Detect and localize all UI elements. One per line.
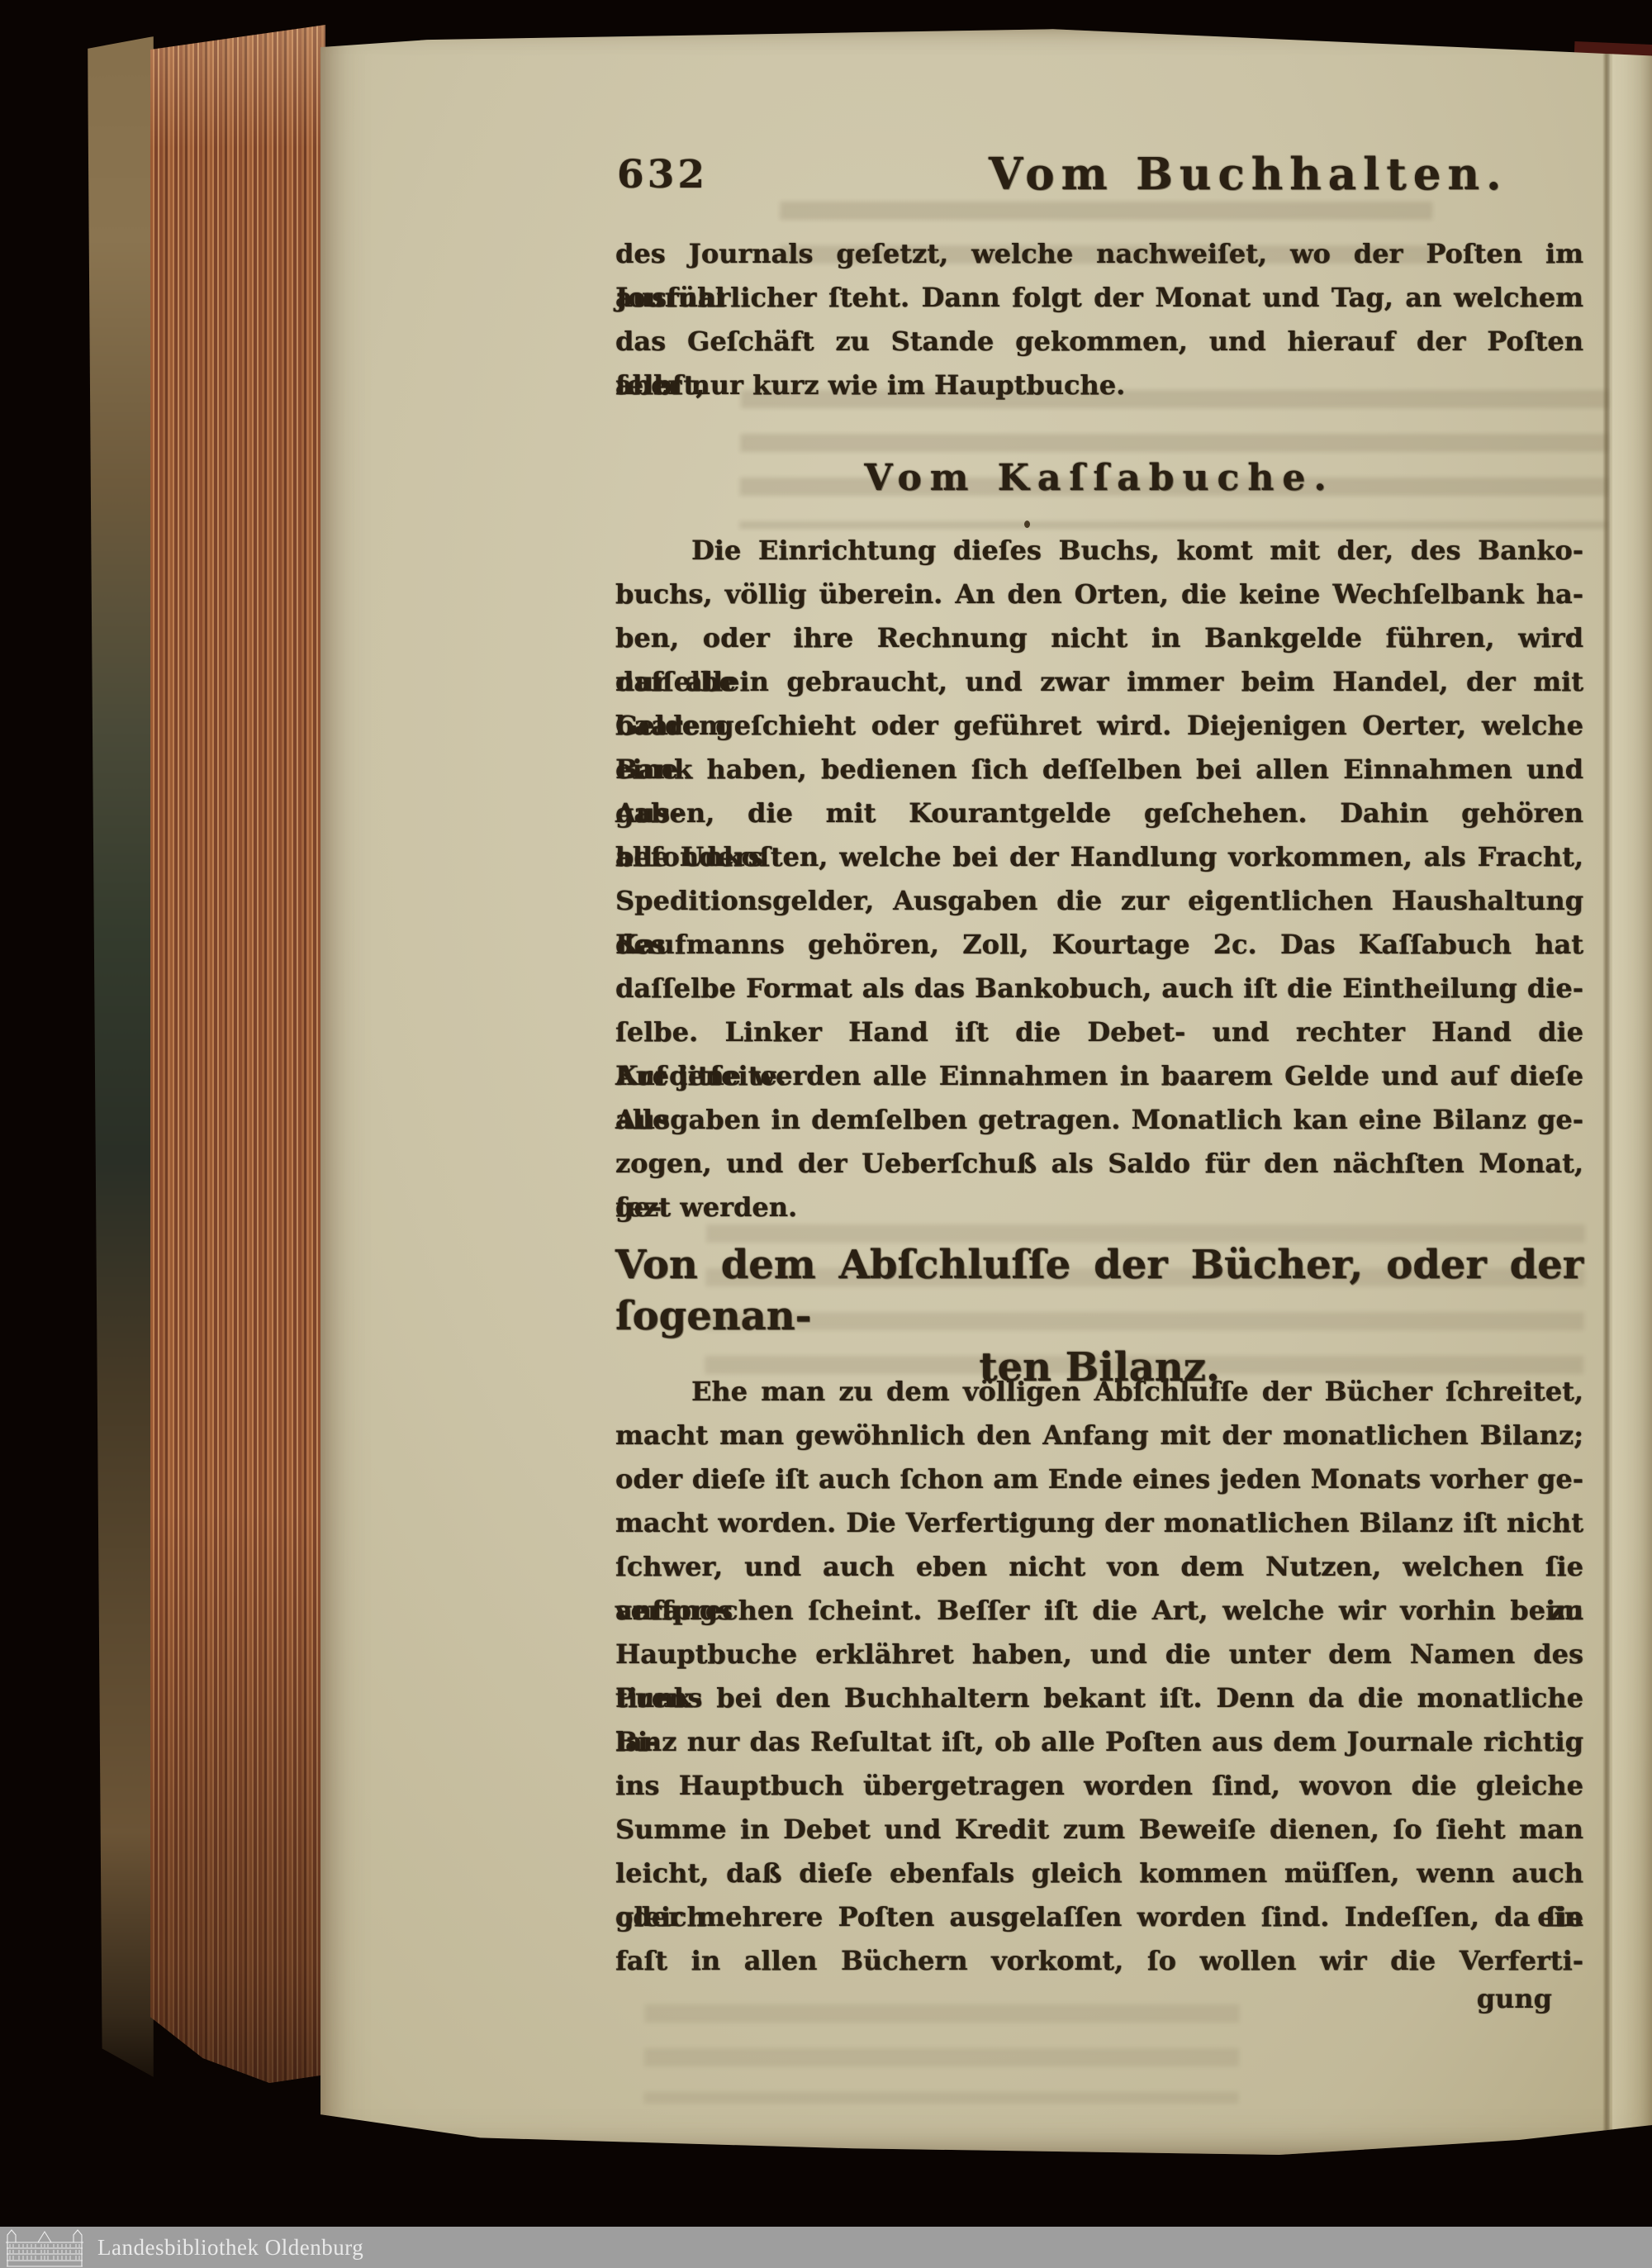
- text-line: verſprechen ſcheint. Beſſer iſt die Art,…: [615, 1589, 1583, 1633]
- text-line: buchs, völlig überein. An den Orten, die…: [615, 573, 1583, 616]
- text-line: Auf jene werden alle Einnahmen in baarem…: [615, 1054, 1583, 1098]
- text-line: daſſelbe Format als das Bankobuch, auch …: [615, 967, 1583, 1010]
- text-line: Bank haben, bedienen ſich deſſelben bei …: [615, 748, 1583, 792]
- page-header: 632 Vom Buchhalten.: [615, 149, 1583, 210]
- text-line: Ausgaben in demſelben getragen. Monatlic…: [615, 1098, 1583, 1142]
- ink-fleck: [1024, 521, 1030, 528]
- text-line: macht worden. Die Verfertigung der monat…: [615, 1501, 1583, 1545]
- text-line: leicht, daß dieſe ebenfals gleich kommen…: [615, 1852, 1583, 1895]
- catchword: gung: [615, 1983, 1552, 2014]
- text-line: ben, oder ihre Rechnung nicht in Bankgel…: [615, 616, 1583, 660]
- text-line: Gelde geſchieht oder geführet wird. Diej…: [615, 704, 1583, 748]
- text-line: alle Unkoſten, welche bei der Handlung v…: [615, 835, 1583, 879]
- text-line: oder mehrere Poſten ausgelaſſen worden ſ…: [615, 1895, 1583, 1939]
- text-line: ſelbe. Linker Hand iſt die Debet- und re…: [615, 1010, 1583, 1054]
- text-line: oder dieſe iſt auch ſchon am Ende eines …: [615, 1457, 1583, 1501]
- text-line: Speditionsgelder, Ausgaben die zur eigen…: [615, 879, 1583, 923]
- paragraph-kassabuch: Die Einrichtung dieſes Buchs, komt mit d…: [615, 529, 1583, 1229]
- text-line: das Geſchäft zu Stande gekommen, und hie…: [615, 320, 1583, 364]
- text-line: ins Hauptbuch übergetragen worden ſind, …: [615, 1764, 1583, 1808]
- section-heading-kassabuch: Vom Kaſſabuche.: [615, 457, 1583, 499]
- text-line: Die Einrichtung dieſes Buchs, komt mit d…: [615, 529, 1583, 573]
- book-fore-edge-pages: [150, 25, 325, 2087]
- library-name: Landesbibliothek Oldenburg: [97, 2235, 363, 2261]
- page-gutter-shadow: [1602, 28, 1611, 2155]
- text-line: macht man gewöhnlich den Anfang mit der …: [615, 1414, 1583, 1457]
- show-through-ghost: [643, 2004, 1239, 2104]
- heading-line: Von dem Abſchluſſe der Bücher, oder der …: [615, 1239, 1583, 1342]
- book-page: 632 Vom Buchhalten. des Journals geſetzt…: [320, 28, 1652, 2155]
- text-line: nur allein gebraucht, und zwar immer bei…: [615, 660, 1583, 704]
- book-cover-edge: [88, 36, 154, 2077]
- page-gutter-highlight: [1612, 28, 1650, 2155]
- text-line: faſt in allen Büchern vorkomt, ſo wollen…: [615, 1939, 1583, 1983]
- text-line: Summe in Debet und Kredit zum Beweiſe di…: [615, 1808, 1583, 1852]
- text-line: ſchwer, und auch eben nicht von dem Nutz…: [615, 1545, 1583, 1589]
- paragraph-bilanz: Ehe man zu dem völligen Abſchluſſe der B…: [615, 1370, 1583, 1983]
- page-number: 632: [617, 152, 708, 197]
- scanned-book-photo: 632 Vom Buchhalten. des Journals geſetzt…: [0, 0, 1652, 2268]
- text-line: tirens bei den Buchhaltern bekant iſt. D…: [615, 1676, 1583, 1720]
- running-title: Vom Buchhalten.: [989, 149, 1507, 200]
- text-line: aber nur kurz wie im Hauptbuche.: [615, 364, 1583, 407]
- text-line: des Journals geſetzt, welche nachweiſet,…: [615, 232, 1583, 276]
- text-line: ſezt werden.: [615, 1186, 1583, 1229]
- paragraph-continuation: des Journals geſetzt, welche nachweiſet,…: [615, 232, 1583, 407]
- text-line: lanz nur das Reſultat iſt, ob alle Poſte…: [615, 1720, 1583, 1764]
- text-line: ausführlicher ſteht. Dann folgt der Mona…: [615, 276, 1583, 320]
- text-line: Hauptbuche erklähret haben, und die unte…: [615, 1633, 1583, 1676]
- library-building-icon: [5, 2228, 84, 2267]
- text-line: gaben, die mit Kourantgelde geſchehen. D…: [615, 792, 1583, 835]
- text-line: Kaufmanns gehören, Zoll, Kourtage 2c. Da…: [615, 923, 1583, 967]
- library-watermark-bar: Landesbibliothek Oldenburg: [0, 2227, 1652, 2268]
- text-line: Ehe man zu dem völligen Abſchluſſe der B…: [615, 1370, 1583, 1414]
- text-line: zogen, und der Ueberſchuß als Saldo für …: [615, 1142, 1583, 1186]
